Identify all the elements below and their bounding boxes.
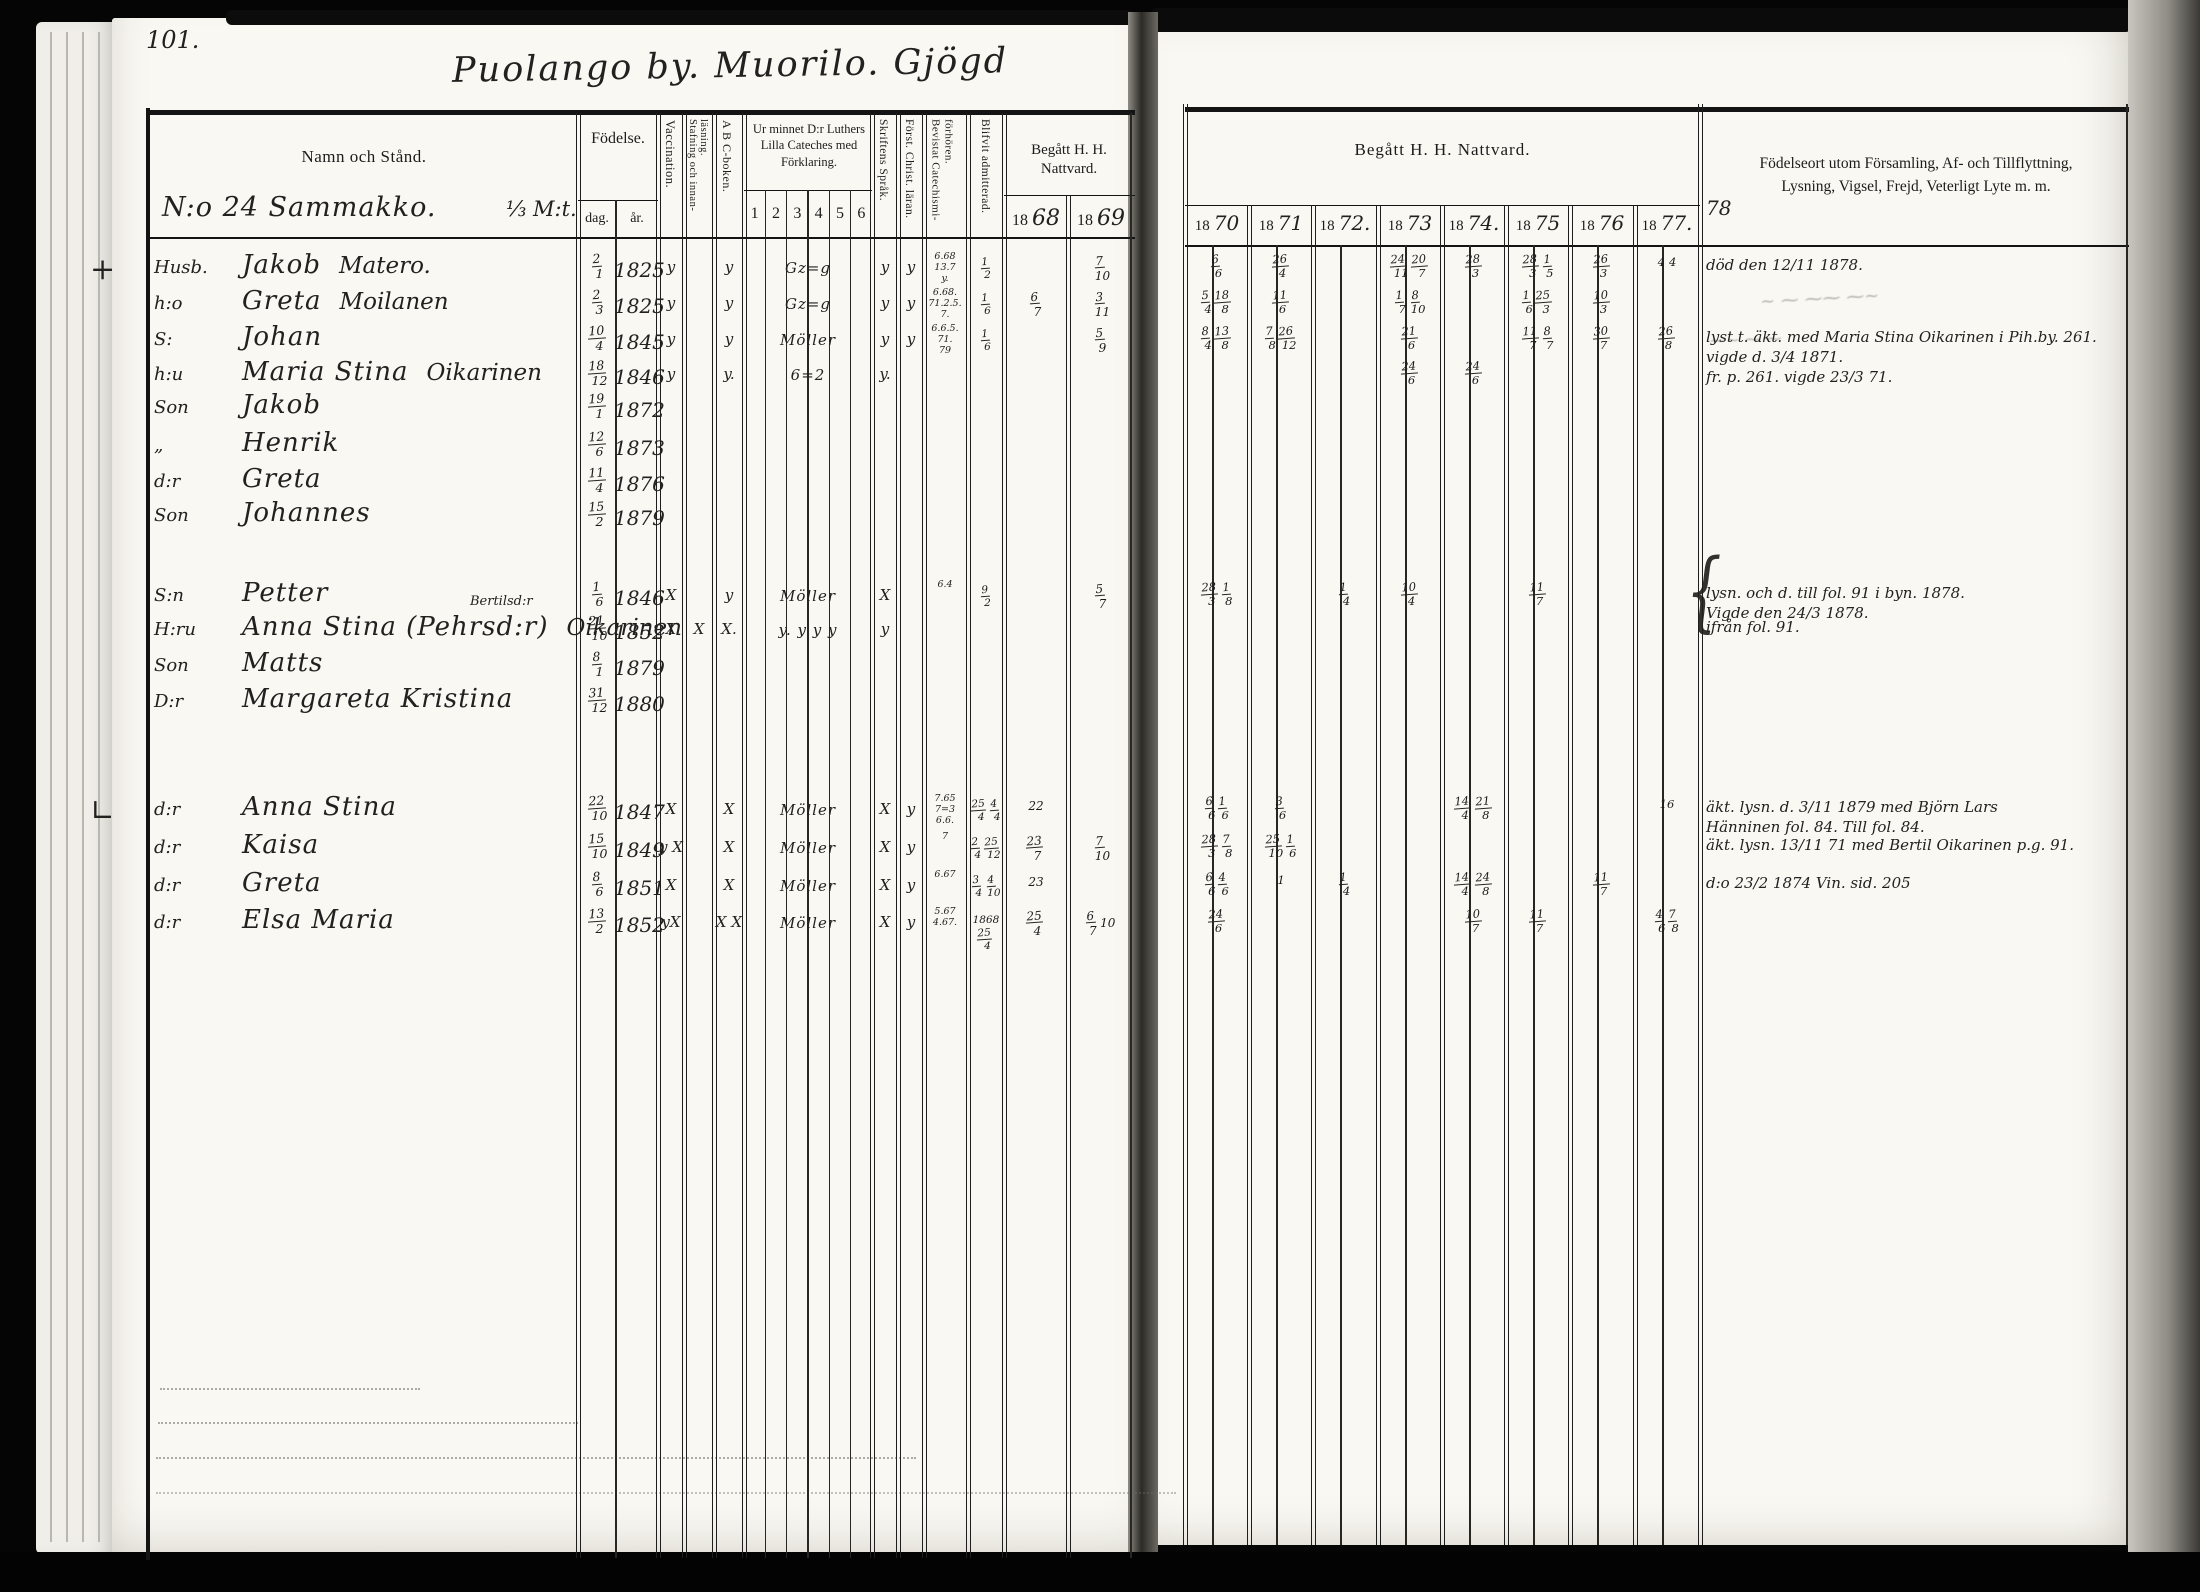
- year-written: 68: [1032, 206, 1060, 231]
- person-row: d:rAnna Stina: [154, 792, 578, 822]
- mark-catechism: Möller: [748, 331, 868, 349]
- person-name-correction: Bertilsd:r: [470, 594, 533, 609]
- date-fraction: 67: [1031, 291, 1041, 318]
- year-printed: 18: [1449, 218, 1464, 234]
- year-written: 72.: [1339, 211, 1371, 235]
- table-vertical-rule: [146, 108, 150, 1560]
- mark-catechism: Gz=g: [748, 295, 868, 313]
- date-fraction: 34: [973, 875, 982, 899]
- year-written: 76: [1599, 211, 1624, 235]
- mark-catechism: Möller: [748, 839, 868, 857]
- mark-forst: y: [895, 913, 927, 931]
- communion-year-label: 18 73: [1378, 211, 1442, 235]
- page-edge-shadow: [2128, 0, 2200, 1592]
- communion-year-label: 18 76: [1570, 211, 1634, 235]
- person-name: Greta: [242, 868, 322, 898]
- church-record-scan: 101. Puolango by. Muorilo. Gjögd Namn oc…: [0, 0, 2200, 1592]
- birth-day: 86: [580, 871, 616, 899]
- mantal-handwritten: ⅓ M:t.: [506, 197, 577, 221]
- date-fraction: 23: [593, 289, 603, 317]
- note-line: död den 12/11 1878.: [1706, 256, 1863, 274]
- birth-day: 114: [580, 467, 616, 495]
- year-printed: 18: [1012, 212, 1028, 229]
- mark-catechism: Möller: [748, 877, 868, 895]
- date-fraction: 87: [1544, 326, 1553, 352]
- birth-day: 104: [580, 325, 616, 353]
- column-header-name: Namn och Stånd.: [150, 147, 578, 167]
- communion-year-label: 18 69: [1071, 206, 1131, 231]
- date-fraction: 16: [982, 293, 991, 317]
- communion-cell-year: 17810: [1379, 290, 1441, 316]
- communion-cell-n69: 311: [1071, 291, 1131, 318]
- note-line: Hänninen fol. 84. Till fol. 84.: [1706, 818, 1925, 836]
- person-name: Greta: [242, 464, 322, 494]
- communion-cell-year: 246: [1443, 361, 1505, 387]
- person-row: SonMatts: [154, 648, 578, 678]
- page-edge-line: [82, 32, 84, 1542]
- year-written: 74.: [1468, 211, 1500, 235]
- communion-cell-n69: 710: [1071, 255, 1131, 282]
- communion-year-label: 18 75: [1506, 211, 1570, 235]
- table-horizontal-rule: [148, 237, 1135, 239]
- date-fraction: 14: [1340, 582, 1349, 608]
- person-prefix: Son: [154, 505, 242, 526]
- mark-admitted: 92: [966, 585, 1006, 609]
- person-name: Kaisa: [242, 830, 319, 860]
- date-fraction: 16: [1287, 834, 1296, 860]
- note-line: äkt. lysn. d. 3/11 1879 med Björn Lars: [1706, 798, 1998, 816]
- mark-skrift: X: [869, 586, 901, 604]
- column-header-admitted: Blifvit admitterad.: [979, 119, 991, 235]
- mark-admitted: 25444: [966, 799, 1006, 823]
- communion-cell-year: 782612: [1250, 326, 1312, 352]
- date-fraction: 263: [1594, 254, 1611, 280]
- mark-admitted: 34410: [966, 875, 1006, 899]
- notes-header-line1: Födelseort utom Församling, Af- och Till…: [1706, 155, 2126, 173]
- column-header-birth: Födelse.: [578, 130, 658, 148]
- communion-cell-n68: 254: [1006, 910, 1066, 937]
- birth-day: 126: [580, 431, 616, 459]
- communion-cell-n68: 67: [1006, 291, 1066, 318]
- date-fraction: 78: [1669, 909, 1678, 935]
- person-surname: Moilanen: [340, 289, 449, 315]
- communion-cell-year: 117: [1571, 872, 1633, 898]
- person-row: d:rElsa Maria: [154, 905, 578, 935]
- birth-day: 2110: [580, 615, 616, 643]
- date-fraction: 117: [1523, 326, 1540, 352]
- date-fraction: 216: [1402, 326, 1419, 352]
- mark-examination: 6.68.71.2.5.7.: [924, 288, 966, 321]
- mark-admitted: 12: [966, 257, 1006, 281]
- note-line: vigde d. 3/4 1871.: [1706, 348, 1843, 366]
- date-fraction: 311: [1093, 291, 1108, 318]
- person-row: H:ruAnna Stina (Pehrsd:r)Oikarinen: [154, 612, 578, 642]
- table-vertical-rule: [1183, 104, 1188, 1545]
- person-prefix: h:o: [154, 293, 242, 314]
- mark-vacc: X: [655, 876, 687, 894]
- date-fraction: 16: [982, 329, 991, 353]
- communion-cell-year: 283: [1443, 254, 1505, 280]
- date-fraction: 66: [1212, 254, 1221, 280]
- mark-examination: 6.6.5.71.79: [924, 324, 966, 357]
- person-name: Johannes: [242, 498, 371, 528]
- year-written: 73: [1407, 211, 1432, 235]
- communion-cell-year: 116: [1250, 290, 1312, 316]
- year-printed: 18: [1516, 218, 1531, 234]
- mark-examination: 7: [924, 832, 966, 843]
- birth-day: 21: [580, 253, 616, 281]
- year-written: 77.: [1661, 211, 1693, 235]
- person-prefix: Son: [154, 655, 242, 676]
- mark-catechism: Möller: [748, 914, 868, 932]
- communion-cell-n69: 57: [1071, 583, 1131, 610]
- date-fraction: 16: [593, 581, 603, 609]
- person-prefix: S:: [154, 329, 242, 350]
- mark-examination: 7.657=36.6.: [924, 794, 966, 827]
- communion-cell-year: 246: [1186, 909, 1248, 935]
- table-vertical-rule: [2126, 104, 2128, 1545]
- mark-vacc: y: [655, 258, 687, 276]
- column-header-scripture-language: Skriftens Språk.: [877, 119, 889, 235]
- communion-cell-n68: 237: [1006, 835, 1066, 862]
- birth-day: 1812: [580, 360, 616, 388]
- date-fraction: 126: [589, 431, 607, 459]
- person-name: Greta: [242, 286, 322, 316]
- date-fraction: 24: [972, 837, 981, 861]
- mark-forst: y: [895, 876, 927, 894]
- margin-mark: ∟: [90, 794, 115, 829]
- book-top-edge: [226, 10, 1134, 25]
- birth-year: 1845: [614, 330, 660, 354]
- table-vertical-rule: [1376, 205, 1381, 1545]
- birth-year: 1825: [614, 258, 660, 282]
- margin-mark: +: [90, 252, 115, 287]
- column-header-catechism-memory: Ur minnet D:r Luthers Lilla Cateches med…: [746, 121, 872, 170]
- person-name: Anna Stina (Pehrsd:r): [242, 612, 548, 642]
- mark-admitted: 242512: [966, 837, 1006, 861]
- date-fraction: 66: [1206, 872, 1215, 898]
- person-name: Maria Stina: [242, 357, 408, 387]
- date-fraction: 59: [1096, 327, 1106, 354]
- birth-day: 2210: [580, 795, 616, 823]
- note-line: ifrån fol. 91.: [1706, 618, 1800, 636]
- birth-day: 23: [580, 289, 616, 317]
- date-fraction: 84: [1202, 326, 1211, 352]
- birth-year: 1876: [614, 472, 660, 496]
- mark-vacc: y: [655, 330, 687, 348]
- communion-cell-year: 54188: [1186, 290, 1248, 316]
- table-vertical-rule: [1533, 245, 1535, 1545]
- date-fraction: 78: [1266, 326, 1275, 352]
- date-fraction: 92: [982, 585, 991, 609]
- person-prefix: d:r: [154, 799, 242, 820]
- date-fraction: 17: [1396, 290, 1405, 316]
- date-fraction: 246: [1466, 361, 1483, 387]
- mark-catechism: Möller: [748, 587, 868, 605]
- mark-abc: X.: [713, 620, 745, 638]
- year-printed: 18: [1642, 218, 1657, 234]
- person-prefix: Son: [154, 397, 242, 418]
- catechism-subcolumn-number: 3: [787, 205, 808, 223]
- date-fraction: 116: [1273, 290, 1290, 316]
- person-prefix: d:r: [154, 912, 242, 933]
- mark-vacc: yX: [655, 913, 687, 931]
- column-header-abc-book: A B C-boken.: [719, 120, 734, 234]
- ruled-dotted-line: [160, 1388, 420, 1390]
- mark-forst: y: [895, 294, 927, 312]
- communion-year-label: 18 70: [1185, 211, 1249, 235]
- date-fraction: 15: [1544, 254, 1553, 280]
- person-prefix: „: [154, 435, 242, 456]
- year-written: 70: [1214, 211, 1239, 235]
- person-prefix: h:u: [154, 364, 242, 385]
- birth-year: 1852: [614, 913, 660, 937]
- date-fraction: 103: [1594, 290, 1611, 316]
- date-fraction: 264: [1273, 254, 1290, 280]
- date-fraction: 144: [1455, 872, 1472, 898]
- date-fraction: 2512: [985, 837, 1000, 861]
- person-prefix: S:n: [154, 585, 242, 606]
- birth-year: 1879: [614, 656, 660, 680]
- note-line: d:o 23/2 1874 Vin. sid. 205: [1706, 874, 1911, 892]
- mark-abc: X: [713, 800, 745, 818]
- date-fraction: 1812: [589, 360, 607, 388]
- mark-examination: 6.67: [924, 870, 966, 881]
- date-fraction: 1: [1277, 873, 1284, 887]
- note-line: lyst t. äkt. med Maria Stina Oikarinen i…: [1706, 328, 2097, 346]
- page-number: 101.: [146, 26, 199, 54]
- communion-year-label: 18 74.: [1442, 211, 1506, 235]
- year-written: 75: [1535, 211, 1560, 235]
- column-header-vaccination: Vaccination.: [662, 120, 677, 234]
- mark-catechism: 6=2: [748, 366, 868, 384]
- table-horizontal-rule: [1185, 107, 2129, 112]
- communion-cell-year: 16: [1636, 796, 1698, 813]
- mark-vacc: X: [655, 586, 687, 604]
- date-fraction: 283: [1523, 254, 1540, 280]
- date-fraction: 218: [1476, 796, 1493, 822]
- table-vertical-rule: [1662, 245, 1664, 1545]
- person-name: Henrik: [242, 428, 339, 458]
- date-fraction: 107: [1466, 909, 1483, 935]
- date-fraction: 21: [593, 253, 603, 281]
- birth-day: 81: [580, 651, 616, 679]
- birth-year: 1846: [614, 586, 660, 610]
- communion-cell-year: 117: [1507, 582, 1569, 608]
- birth-year: 1849: [614, 838, 660, 862]
- date-fraction: 307: [1594, 326, 1611, 352]
- note-line: äkt. lysn. 13/11 71 med Bertil Oikarinen…: [1706, 836, 2074, 854]
- table-horizontal-rule: [148, 110, 1135, 115]
- date-fraction: 14: [1340, 872, 1349, 898]
- person-prefix: d:r: [154, 875, 242, 896]
- mark-stafn: X: [683, 620, 715, 638]
- year-printed: 18: [1388, 218, 1403, 234]
- birth-day: 16: [580, 581, 616, 609]
- date-fraction: 23: [1028, 875, 1043, 889]
- mark-examination: 5.674.67.: [924, 907, 966, 929]
- year-printed: 18: [1195, 218, 1210, 234]
- mark-catechism: Gz=g: [748, 259, 868, 277]
- note-line: lysn. och d. till fol. 91 i byn. 1878.: [1706, 584, 1965, 602]
- person-row: „Henrik: [154, 428, 578, 458]
- person-row: S:Johan: [154, 322, 578, 352]
- mark-vacc: y: [655, 365, 687, 383]
- person-row: d:rGreta: [154, 868, 578, 898]
- table-vertical-rule: [1405, 245, 1407, 1545]
- communion-year-label: 18 72.: [1313, 211, 1377, 235]
- ruled-dotted-line: [156, 1457, 916, 1459]
- communion-cell-year: 66: [1186, 254, 1248, 280]
- person-name: Margareta Kristina: [242, 684, 513, 714]
- birth-year: 1879: [614, 506, 660, 530]
- person-name: Johan: [242, 322, 322, 352]
- person-prefix: Husb.: [154, 257, 242, 278]
- date-fraction: 191: [589, 393, 607, 421]
- column-header-spelling-reading: Stafning och innan-läsning.: [687, 119, 713, 235]
- date-fraction: 66: [1206, 796, 1215, 822]
- column-header-catechism-examination: Bevistat Catechismi-förhören.: [929, 119, 963, 235]
- date-fraction: 46: [1656, 909, 1665, 935]
- person-row: Husb.JakobMatero.: [154, 250, 578, 280]
- date-fraction: 16: [1219, 796, 1228, 822]
- table-vertical-rule: [1633, 205, 1638, 1545]
- notes-header-line2: Lysning, Vigsel, Frejd, Veterligt Lyte m…: [1706, 178, 2126, 196]
- date-fraction: 22: [1028, 799, 1043, 813]
- table-vertical-rule: [850, 190, 852, 1558]
- date-fraction: 2510: [1266, 834, 1283, 860]
- communion-cell-year: 2411207: [1379, 254, 1441, 280]
- date-fraction: 248: [1476, 872, 1493, 898]
- date-fraction: 254: [972, 799, 987, 823]
- date-fraction: 188: [1215, 290, 1232, 316]
- date-fraction: 114: [589, 467, 607, 495]
- communion-cell-year: 16253: [1507, 290, 1569, 316]
- note-line: fr. p. 261. vigde 23/3 71.: [1706, 368, 1892, 386]
- person-name: Jakob: [242, 250, 321, 280]
- date-fraction: 78: [1223, 834, 1232, 860]
- communion-cell-year: 103: [1571, 290, 1633, 316]
- catechism-subcolumn-number: 6: [851, 205, 872, 223]
- table-vertical-rule: [1276, 245, 1278, 1545]
- communion-cell-year: 84138: [1186, 326, 1248, 352]
- birth-year: 1851: [614, 876, 660, 900]
- date-fraction: 138: [1215, 326, 1232, 352]
- person-row: h:oGretaMoilanen: [154, 286, 578, 316]
- date-fraction: 44: [991, 799, 1000, 823]
- year-printed: 18: [1580, 218, 1595, 234]
- date-fraction: 3112: [589, 687, 607, 715]
- communion-cell-year: 44: [1636, 254, 1698, 271]
- column-header-year: år.: [616, 211, 658, 227]
- date-fraction: 283: [1466, 254, 1483, 280]
- communion-year-label: 18 77.: [1635, 211, 1699, 235]
- year-printed: 18: [1259, 218, 1274, 234]
- birth-year: 1880: [614, 692, 660, 716]
- book-top-edge: [1152, 8, 2130, 32]
- communion-cell-year: 251016: [1250, 834, 1312, 860]
- communion-cell-year: 4678: [1636, 909, 1698, 935]
- year-printed: 18: [1077, 212, 1093, 229]
- communion-cell-year: 28315: [1507, 254, 1569, 280]
- birth-year: 1852: [614, 620, 660, 644]
- column-header-christian-doctrine: Först. Christ. läran.: [903, 119, 915, 235]
- communion-cell-year: 264: [1250, 254, 1312, 280]
- birth-year: 1873: [614, 436, 660, 460]
- person-row: SonJohannes: [154, 498, 578, 528]
- person-row: D:rMargareta Kristina: [154, 684, 578, 714]
- person-prefix: d:r: [154, 471, 242, 492]
- date-fraction: 152: [589, 501, 607, 529]
- birth-day: 191: [580, 393, 616, 421]
- communion-cell-year: 28318: [1186, 582, 1248, 608]
- communion-cell-year: 1: [1250, 872, 1312, 889]
- mark-skrift: y.: [869, 365, 901, 383]
- communion-cell-year: 268: [1636, 326, 1698, 352]
- communion-cell-year: 14: [1314, 872, 1376, 898]
- date-fraction: 2612: [1279, 326, 1296, 352]
- person-name: Anna Stina: [242, 792, 397, 822]
- catechism-subcolumn-number: 5: [829, 205, 850, 223]
- mark-forst: y: [895, 800, 927, 818]
- date-fraction: 1510: [589, 833, 607, 861]
- date-fraction: 81: [593, 651, 603, 679]
- person-surname: Matero.: [339, 253, 431, 279]
- birth-year: 1872: [614, 398, 660, 422]
- table-vertical-rule: [829, 190, 831, 1558]
- page-edge-line: [66, 32, 68, 1542]
- date-fraction: 18: [1223, 582, 1232, 608]
- mark-abc: y: [713, 330, 745, 348]
- date-fraction: 36: [1276, 796, 1285, 822]
- date-fraction: 117: [1530, 909, 1547, 935]
- catechism-subcolumn-number: 4: [808, 205, 829, 223]
- table-vertical-rule: [765, 190, 767, 1558]
- date-fraction: 237: [1027, 835, 1044, 862]
- date-fraction: 2411: [1391, 254, 1408, 280]
- date-fraction: 268: [1659, 326, 1676, 352]
- person-row: d:rGreta: [154, 464, 578, 494]
- column-header-communion-left: Begått H. H. Nattvard.: [1004, 141, 1134, 179]
- communion-cell-year: 28378: [1186, 834, 1248, 860]
- year-written: 71: [1278, 211, 1303, 235]
- date-fraction: 67: [1087, 910, 1097, 937]
- table-vertical-rule: [807, 190, 809, 1558]
- date-fraction: 54: [1202, 290, 1211, 316]
- person-prefix: H:ru: [154, 619, 242, 640]
- column-header-communion-right: Begått H. H. Nattvard.: [1185, 140, 1700, 160]
- date-fraction: 117: [1594, 872, 1611, 898]
- catechism-subcolumn-number: 1: [744, 205, 765, 223]
- date-fraction: 2110: [589, 615, 607, 643]
- mark-admitted: 16: [966, 329, 1006, 353]
- birth-day: 3112: [580, 687, 616, 715]
- birth-day: 152: [580, 501, 616, 529]
- date-fraction: 144: [1455, 796, 1472, 822]
- date-fraction: 4: [1669, 255, 1676, 269]
- communion-cell-year: 6646: [1186, 872, 1248, 898]
- communion-cell-year: 107: [1443, 909, 1505, 935]
- mark-forst: y: [895, 838, 927, 856]
- page-edge-line: [50, 32, 52, 1542]
- date-fraction: 283: [1202, 834, 1219, 860]
- person-row: h:uMaria StinaOikarinen: [154, 357, 578, 387]
- mark-vacc: y X: [655, 838, 687, 856]
- date-fraction: 246: [1402, 361, 1419, 387]
- mark-abc: X: [713, 876, 745, 894]
- person-name: Jakob: [242, 390, 321, 420]
- communion-cell-year: 104: [1379, 582, 1441, 608]
